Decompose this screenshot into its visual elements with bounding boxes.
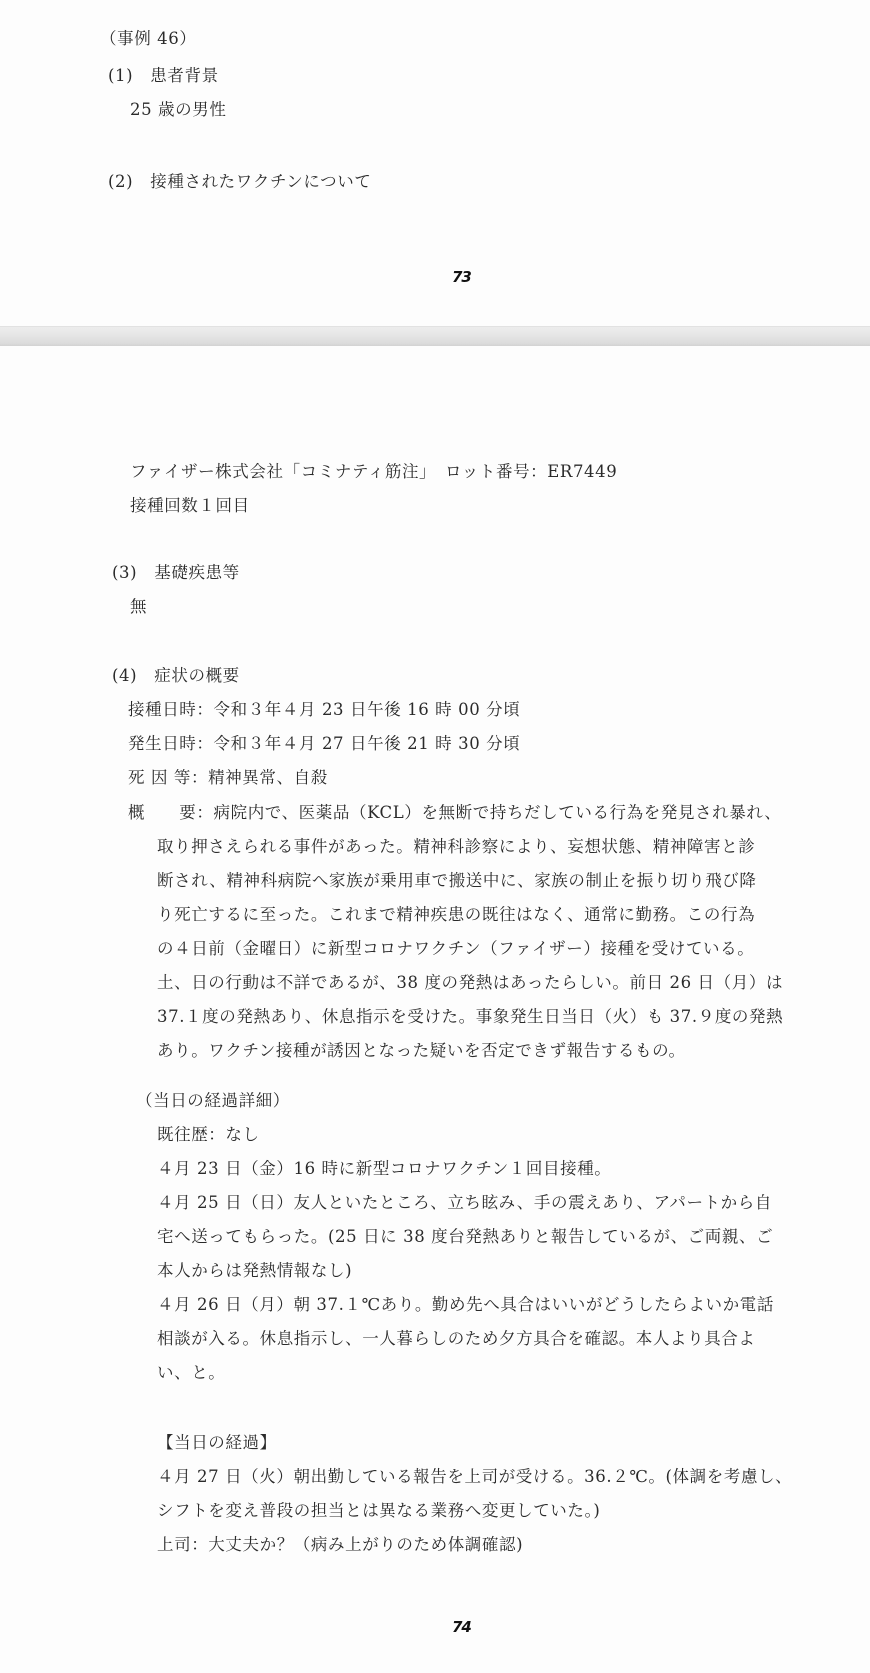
page-number: 74 xyxy=(452,1618,471,1636)
day-course-heading: 【当日の経過】 xyxy=(157,1432,277,1454)
field-label: 接種日時 xyxy=(128,700,196,719)
section-3-heading: (3) 基礎疾患等 xyxy=(112,562,240,584)
page-separator xyxy=(0,326,870,347)
field-value: ：令和３年４月 23 日午後 16 時 00 分頃 xyxy=(196,700,520,719)
dose-number: 接種回数１回目 xyxy=(130,495,250,517)
field-vaccination-datetime: 接種日時：令和３年４月 23 日午後 16 時 00 分頃 xyxy=(128,699,520,721)
summary-line-2: 取り押さえられる事件があった。精神科診察により、妄想状態、精神障害と診 xyxy=(157,836,755,858)
details-line-5: 本人からは発熱情報なし) xyxy=(157,1260,352,1282)
document-page-73: （事例 46） (1) 患者背景 25 歳の男性 (2) 接種されたワクチンにつ… xyxy=(0,0,870,326)
details-line-4: 宅へ送ってもらった。(25 日に 38 度台発熱ありと報告しているが、ご両親、ご xyxy=(157,1226,773,1248)
summary-line-1: 概 要：病院内で、医薬品（KCL）を無断で持ちだしている行為を発見され暴れ、 xyxy=(128,802,782,824)
summary-label: 概 要 xyxy=(128,803,196,822)
details-line-1: 既往歴：なし xyxy=(157,1124,260,1146)
field-onset-datetime: 発生日時：令和３年４月 27 日午後 21 時 30 分頃 xyxy=(128,733,520,755)
day-course-line-2: シフトを変え普段の担当とは異なる業務へ変更していた。) xyxy=(157,1500,600,1522)
details-line-7: 相談が入る。休息指示し、一人暮らしのため夕方具合を確認。本人より具合よ xyxy=(157,1328,756,1350)
document-page-74: ファイザー株式会社「コミナティ筋注」 ロット番号：ER7449 接種回数１回目 … xyxy=(0,346,870,1673)
field-label: 発生日時 xyxy=(128,734,196,753)
details-line-2: ４月 23 日（金）16 時に新型コロナワクチン１回目接種。 xyxy=(157,1158,611,1180)
section-1-heading: (1) 患者背景 xyxy=(108,65,219,87)
field-cause-of-death: 死 因 等：精神異常、自殺 xyxy=(128,767,328,789)
summary-line-6: 土、日の行動は不詳であるが、38 度の発熱はあったらしい。前日 26 日（月）は xyxy=(157,972,783,994)
case-heading: （事例 46） xyxy=(100,28,196,50)
day-course-line-1: ４月 27 日（火）朝出勤している報告を上司が受ける。36.２℃。(体調を考慮し… xyxy=(157,1466,792,1488)
details-line-3: ４月 25 日（日）友人といたところ、立ち眩み、手の震えあり、アパートから自 xyxy=(157,1192,772,1214)
page-number: 73 xyxy=(452,268,471,286)
summary-line-3: 断され、精神科病院へ家族が乗用車で搬送中に、家族の制止を振り切り飛び降 xyxy=(157,870,757,892)
day-course-line-3: 上司：大丈夫か？（病み上がりのため体調確認) xyxy=(157,1534,523,1556)
underlying-disease: 無 xyxy=(130,596,147,618)
details-line-8: い、と。 xyxy=(157,1362,225,1384)
vaccine-name-lot: ファイザー株式会社「コミナティ筋注」 ロット番号：ER7449 xyxy=(130,461,617,483)
summary-line-4: り死亡するに至った。これまで精神疾患の既往はなく、通常に勤務。この行為 xyxy=(157,904,755,926)
summary-line-5: の４日前（金曜日）に新型コロナワクチン（ファイザー）接種を受けている。 xyxy=(157,938,754,960)
field-value: ：令和３年４月 27 日午後 21 時 30 分頃 xyxy=(196,734,520,753)
field-value: ：精神異常、自殺 xyxy=(191,768,328,787)
patient-background: 25 歳の男性 xyxy=(130,99,226,121)
section-2-heading: (2) 接種されたワクチンについて xyxy=(108,171,371,193)
summary-line-7: 37.１度の発熱あり、休息指示を受けた。事象発生日当日（火）も 37.９度の発熱 xyxy=(157,1006,783,1028)
summary-line-8: あり。ワクチン接種が誘因となった疑いを否定できず報告するもの。 xyxy=(157,1040,686,1062)
details-heading: （当日の経過詳細） xyxy=(136,1090,290,1112)
details-line-6: ４月 26 日（月）朝 37.１℃あり。勤め先へ具合はいいがどうしたらよいか電話 xyxy=(157,1294,774,1316)
section-4-heading: (4) 症状の概要 xyxy=(112,665,240,687)
field-label: 死 因 等 xyxy=(128,768,191,787)
